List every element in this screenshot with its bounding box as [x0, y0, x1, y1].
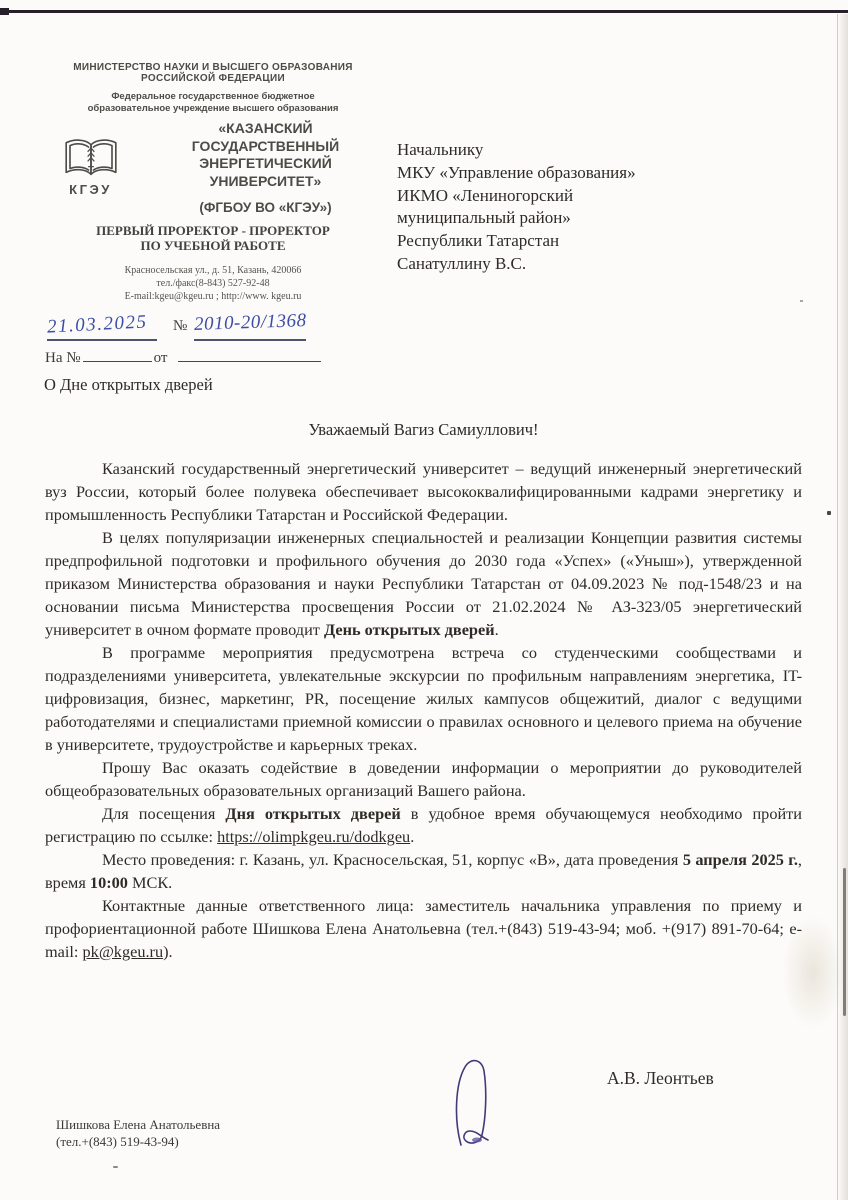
paragraph-6-text: Место проведения: г. Казань, ул. Краснос…: [102, 850, 683, 869]
scan-artifact-speck: [827, 511, 831, 515]
letterhead-email-web: E-mail:kgeu@kgeu.ru ; http://www. kgeu.r…: [38, 290, 388, 303]
open-day-bold: Дня открытых дверей: [225, 804, 400, 823]
paragraph-5: Для посещения Дня открытых дверей в удоб…: [45, 802, 802, 848]
university-name-line-2: ГОСУДАРСТВЕННЫЙ: [143, 138, 388, 156]
university-name-line-1: «КАЗАНСКИЙ: [143, 120, 388, 138]
addressee-line: муниципальный район»: [397, 207, 737, 230]
university-abbreviation: (ФГБОУ ВО «КГЭУ»): [143, 199, 388, 217]
handwritten-date: 21.03.2025: [46, 311, 148, 338]
salutation: Уважаемый Вагиз Самиуллович!: [45, 420, 802, 440]
registration-link[interactable]: https://olimpkgeu.ru/dodkgeu: [217, 827, 410, 846]
ot-label: от: [154, 350, 168, 366]
addressee-line: ИКМО «Лениногорский: [397, 185, 737, 208]
scan-artifact-speck: [800, 300, 803, 302]
paragraph-7-end: ).: [163, 942, 173, 961]
paragraph-1: Казанский государственный энергетический…: [45, 457, 802, 526]
paragraph-5-text: Для посещения: [102, 804, 225, 823]
addressee-line: Начальнику: [397, 139, 737, 162]
paragraph-4-text: Прошу Вас оказать содействие в доведении…: [45, 758, 802, 800]
incoming-reference-row: На №от: [45, 350, 321, 367]
paragraph-1-text: Казанский государственный энергетический…: [45, 459, 802, 524]
paragraph-5-end: .: [410, 827, 414, 846]
paragraph-3-text: В программе мероприятия предусмотрена вс…: [45, 643, 802, 754]
contact-email-link[interactable]: pk@kgeu.ru: [83, 942, 164, 961]
university-logo: КГЭУ: [38, 120, 143, 197]
reference-block: 21.03.2025 № 2010-20/1368 На №от: [45, 312, 475, 382]
paragraph-7: Контактные данные ответственного лица: з…: [45, 894, 802, 963]
scan-artifact-speck: [113, 1166, 118, 1168]
signer-name: А.В. Леонтьев: [607, 1068, 714, 1089]
ministry-line-1: МИНИСТЕРСТВО НАУКИ И ВЫСШЕГО ОБРАЗОВАНИЯ: [38, 62, 388, 73]
addressee-line: Республики Татарстан: [397, 230, 737, 253]
event-date-bold: 5 апреля 2025 г.: [683, 850, 798, 869]
letter-body: Казанский государственный энергетический…: [45, 457, 802, 963]
handwritten-signature: [452, 1058, 504, 1153]
open-day-bold: День открытых дверей: [324, 620, 495, 639]
event-time-bold: 10:00: [90, 873, 128, 892]
institution-type-line-1: Федеральное государственное бюджетное: [38, 91, 388, 103]
logo-caption: КГЭУ: [38, 182, 143, 197]
paragraph-2: В целях популяризации инженерных специал…: [45, 526, 802, 641]
paragraph-6-end: МСК.: [128, 873, 172, 892]
number-sign: №: [173, 318, 187, 335]
executor-phone: (тел.+(843) 519-43-94): [56, 1133, 220, 1150]
ministry-line-2: РОССИЙСКОЙ ФЕДЕРАЦИИ: [38, 73, 388, 84]
letterhead: МИНИСТЕРСТВО НАУКИ И ВЫСШЕГО ОБРАЗОВАНИЯ…: [38, 62, 388, 303]
paragraph-6: Место проведения: г. Казань, ул. Краснос…: [45, 848, 802, 894]
addressee-line: Санатуллину В.С.: [397, 253, 737, 276]
na-no-label: На №: [45, 350, 81, 366]
executor-name: Шишкова Елена Анатольевна: [56, 1116, 220, 1133]
university-name: «КАЗАНСКИЙ ГОСУДАРСТВЕННЫЙ ЭНЕРГЕТИЧЕСКИ…: [143, 120, 388, 217]
office-title-line-2: ПО УЧЕБНОЙ РАБОТЕ: [38, 238, 388, 253]
subject-line: О Дне открытых дверей: [44, 375, 213, 395]
paragraph-3: В программе мероприятия предусмотрена вс…: [45, 641, 802, 756]
incoming-date-blank: [178, 361, 321, 362]
university-name-line-4: УНИВЕРСИТЕТ»: [143, 173, 388, 191]
scanned-letter-page: МИНИСТЕРСТВО НАУКИ И ВЫСШЕГО ОБРАЗОВАНИЯ…: [0, 0, 848, 1200]
letterhead-address: Красносельская ул., д. 51, Казань, 42006…: [38, 264, 388, 277]
open-book-icon: [38, 138, 143, 180]
letterhead-phone: тел./факс(8-843) 527-92-48: [38, 277, 388, 290]
institution-type-line-2: образовательное учреждение высшего образ…: [38, 103, 388, 115]
scan-artifact-top-line: [0, 10, 848, 13]
outgoing-number-field: 2010-20/1368: [194, 312, 306, 341]
university-name-line-3: ЭНЕРГЕТИЧЕСКИЙ: [143, 155, 388, 173]
paragraph-2-end: .: [495, 620, 499, 639]
paragraph-4: Прошу Вас оказать содействие в доведении…: [45, 756, 802, 802]
addressee-line: МКУ «Управление образования»: [397, 162, 737, 185]
outgoing-date-field: 21.03.2025: [47, 314, 157, 341]
executor-block: Шишкова Елена Анатольевна (тел.+(843) 51…: [56, 1116, 220, 1150]
office-title-line-1: ПЕРВЫЙ ПРОРЕКТОР - ПРОРЕКТОР: [38, 223, 388, 238]
handwritten-number: 2010-20/1368: [194, 310, 307, 336]
incoming-number-blank: [83, 361, 152, 362]
addressee-block: Начальнику МКУ «Управление образования» …: [397, 139, 737, 276]
